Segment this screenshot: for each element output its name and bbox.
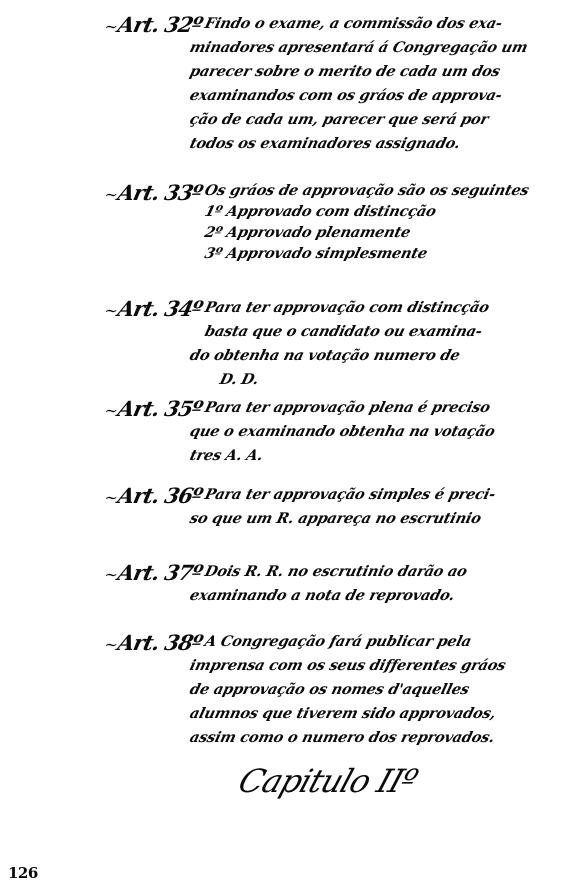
- text-line: Dois R. R. no escrutinio darão ao: [202, 560, 543, 584]
- article-label: ~Art. 38º: [102, 630, 197, 655]
- article-label: ~Art. 34º: [102, 296, 197, 321]
- article-body: Os gráos de approvação são os seguintes …: [205, 180, 540, 264]
- article-label: ~Art. 32º: [102, 12, 197, 37]
- text-line: assim como o numero dos reprovados.: [187, 726, 543, 750]
- text-line: examinando a nota de reprovado.: [187, 584, 543, 608]
- list-item: 3º Approvado simplesmente: [202, 243, 542, 264]
- article-label: ~Art. 35º: [102, 396, 197, 421]
- article-body: Para ter approvação simples é preci- so …: [205, 483, 540, 531]
- text-line: Para ter approvação com distincção: [202, 296, 543, 320]
- text-line: Findo o exame, a commissão dos exa-: [202, 12, 543, 36]
- article-body: Para ter approvação com distincção basta…: [205, 296, 540, 392]
- text-line: minadores apresentará á Congregação um: [187, 36, 543, 60]
- text-line: tres A. A.: [187, 444, 543, 468]
- text-line: Para ter approvação simples é preci-: [202, 483, 543, 507]
- text-line: examinandos com os gráos de approva-: [187, 84, 543, 108]
- chapter-heading: Capitulo IIº: [234, 762, 422, 800]
- text-line: so que um R. appareça no escrutinio: [187, 507, 543, 531]
- list-item: 1º Approvado com distincção: [202, 201, 542, 222]
- text-line: Os gráos de approvação são os seguintes: [202, 180, 542, 201]
- article-body: A Congregação fará publicar pela imprens…: [205, 630, 540, 750]
- text-line: parecer sobre o merito de cada um dos: [187, 60, 543, 84]
- article-body: Dois R. R. no escrutinio darão ao examin…: [205, 560, 540, 608]
- text-line: basta que o candidato ou examina-: [202, 320, 543, 344]
- manuscript-page: ~Art. 32º Findo o exame, a commissão dos…: [0, 0, 569, 885]
- text-line: alumnos que tiverem sido approvados,: [187, 702, 543, 726]
- text-line: do obtenha na votação numero de: [187, 344, 543, 368]
- article-body: Para ter approvação plena é preciso que …: [205, 396, 540, 468]
- text-line: A Congregação fará publicar pela: [202, 630, 543, 654]
- article-label: ~Art. 37º: [102, 560, 197, 585]
- article-label: ~Art. 33º: [102, 180, 197, 205]
- text-line: todos os examinadores assignado.: [187, 132, 543, 156]
- text-line: que o examinando obtenha na votação: [187, 420, 543, 444]
- list-item: 2º Approvado plenamente: [202, 222, 542, 243]
- text-line: de approvação os nomes d'aquelles: [187, 678, 543, 702]
- text-line: Para ter approvação plena é preciso: [202, 396, 543, 420]
- page-number: 126: [8, 864, 38, 882]
- article-label: ~Art. 36º: [102, 483, 197, 508]
- text-line: D. D.: [217, 368, 543, 392]
- text-line: imprensa com os seus differentes gráos: [187, 654, 543, 678]
- article-body: Findo o exame, a commissão dos exa- mina…: [205, 12, 540, 156]
- text-line: ção de cada um, parecer que será por: [187, 108, 543, 132]
